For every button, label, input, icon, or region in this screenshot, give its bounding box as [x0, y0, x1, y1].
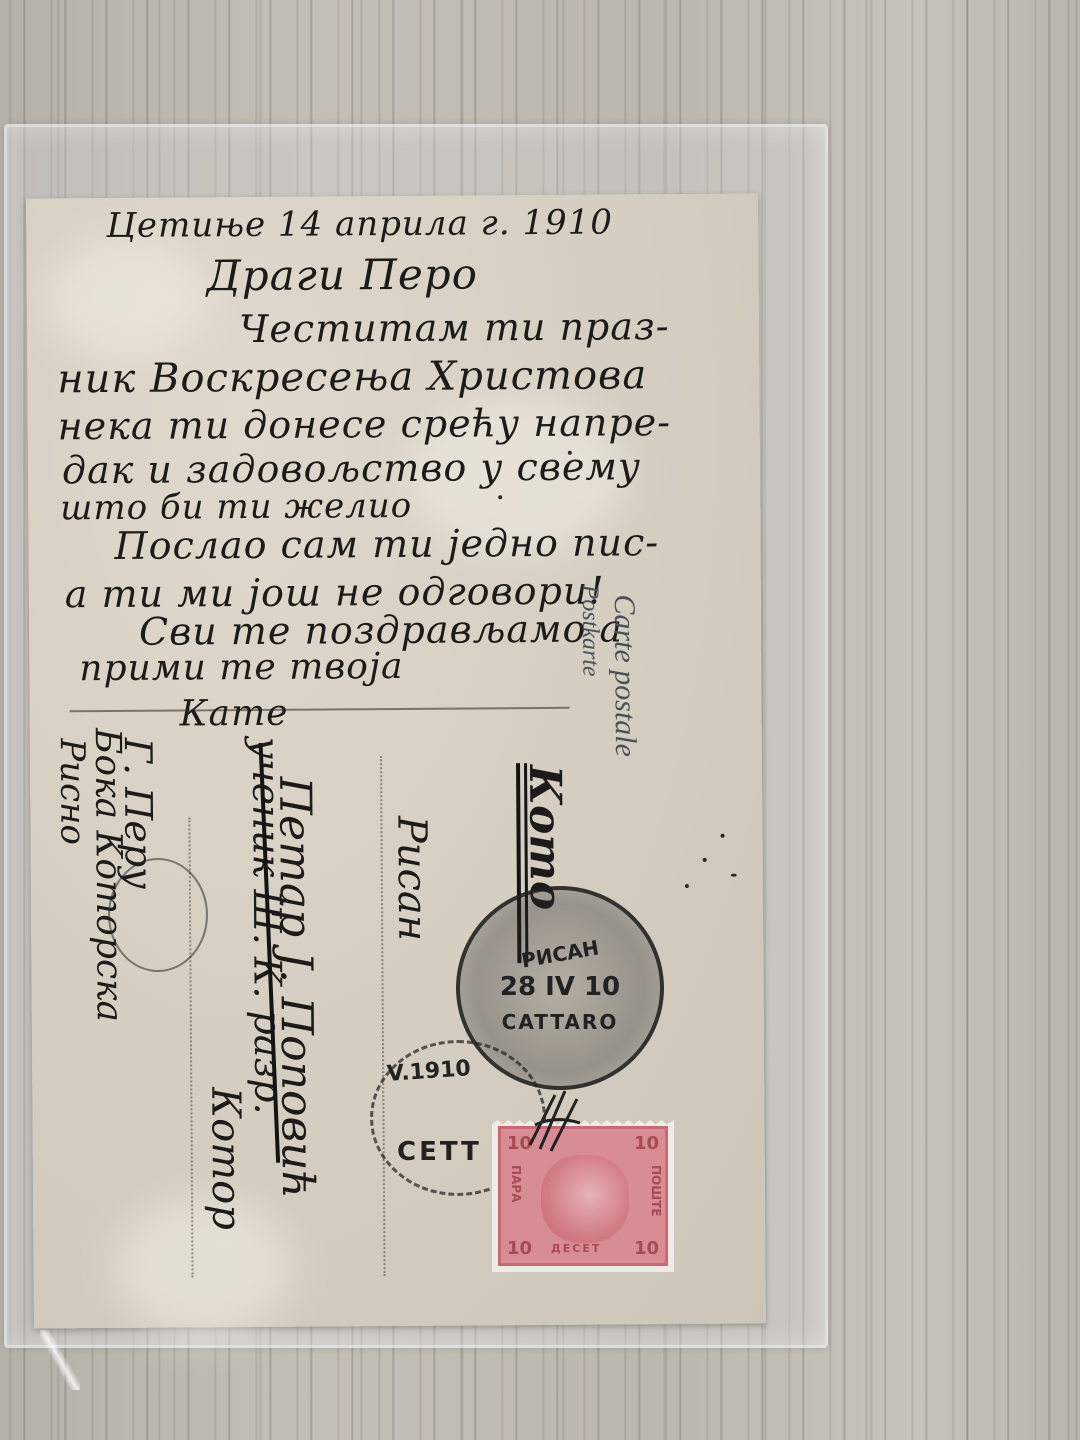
message-line: ник Воскресења Христова	[57, 352, 647, 402]
stamp-value-top-right: 10	[634, 1133, 659, 1154]
message-line: прими те твоја	[79, 646, 403, 689]
stamp-portrait	[541, 1155, 629, 1243]
stamp-right-label: ПОШТЕ	[649, 1165, 663, 1216]
stamp-left-label: ПАРА	[509, 1165, 523, 1202]
message-line: Честитам ти праз-	[239, 304, 670, 351]
postmark-bottom-text: CATTARO	[502, 1010, 619, 1034]
printed-carte-postale: Carte postale	[607, 594, 642, 757]
message-line: Послао сам ти једно пис-	[114, 520, 659, 568]
postmark-date: 28 IV 10	[500, 972, 620, 1002]
stamp-value-bottom-right: 10	[634, 1238, 659, 1259]
message-line: нека ти донесе срећу напре-	[58, 400, 672, 448]
postmark-date: V.1910	[386, 1056, 471, 1087]
cancellation-scribble	[525, 1085, 585, 1155]
postmark-top-text: РИСАН	[519, 935, 600, 972]
stamp-bottom-label: ДЕСЕТ	[551, 1242, 601, 1255]
message-line: дак и задовољство у свему	[62, 444, 641, 492]
message-line-greeting: Драги Перо	[206, 249, 478, 300]
postmark-city: CETT	[397, 1137, 482, 1167]
address-line: Рисан	[388, 816, 435, 942]
message-divider	[70, 707, 570, 712]
stamp-value-bottom-left: 10	[507, 1238, 532, 1259]
address-guide-line	[380, 756, 386, 1276]
address-line: Котор	[202, 1087, 249, 1230]
signature: Кате	[180, 693, 289, 735]
message-line-date: Цетиње 14 априла г. 1910	[106, 202, 613, 246]
faint-oval-postmark	[108, 858, 208, 972]
printed-postkarte: Postkarte	[576, 585, 604, 677]
sleeve-corner-reflection	[40, 1330, 80, 1390]
